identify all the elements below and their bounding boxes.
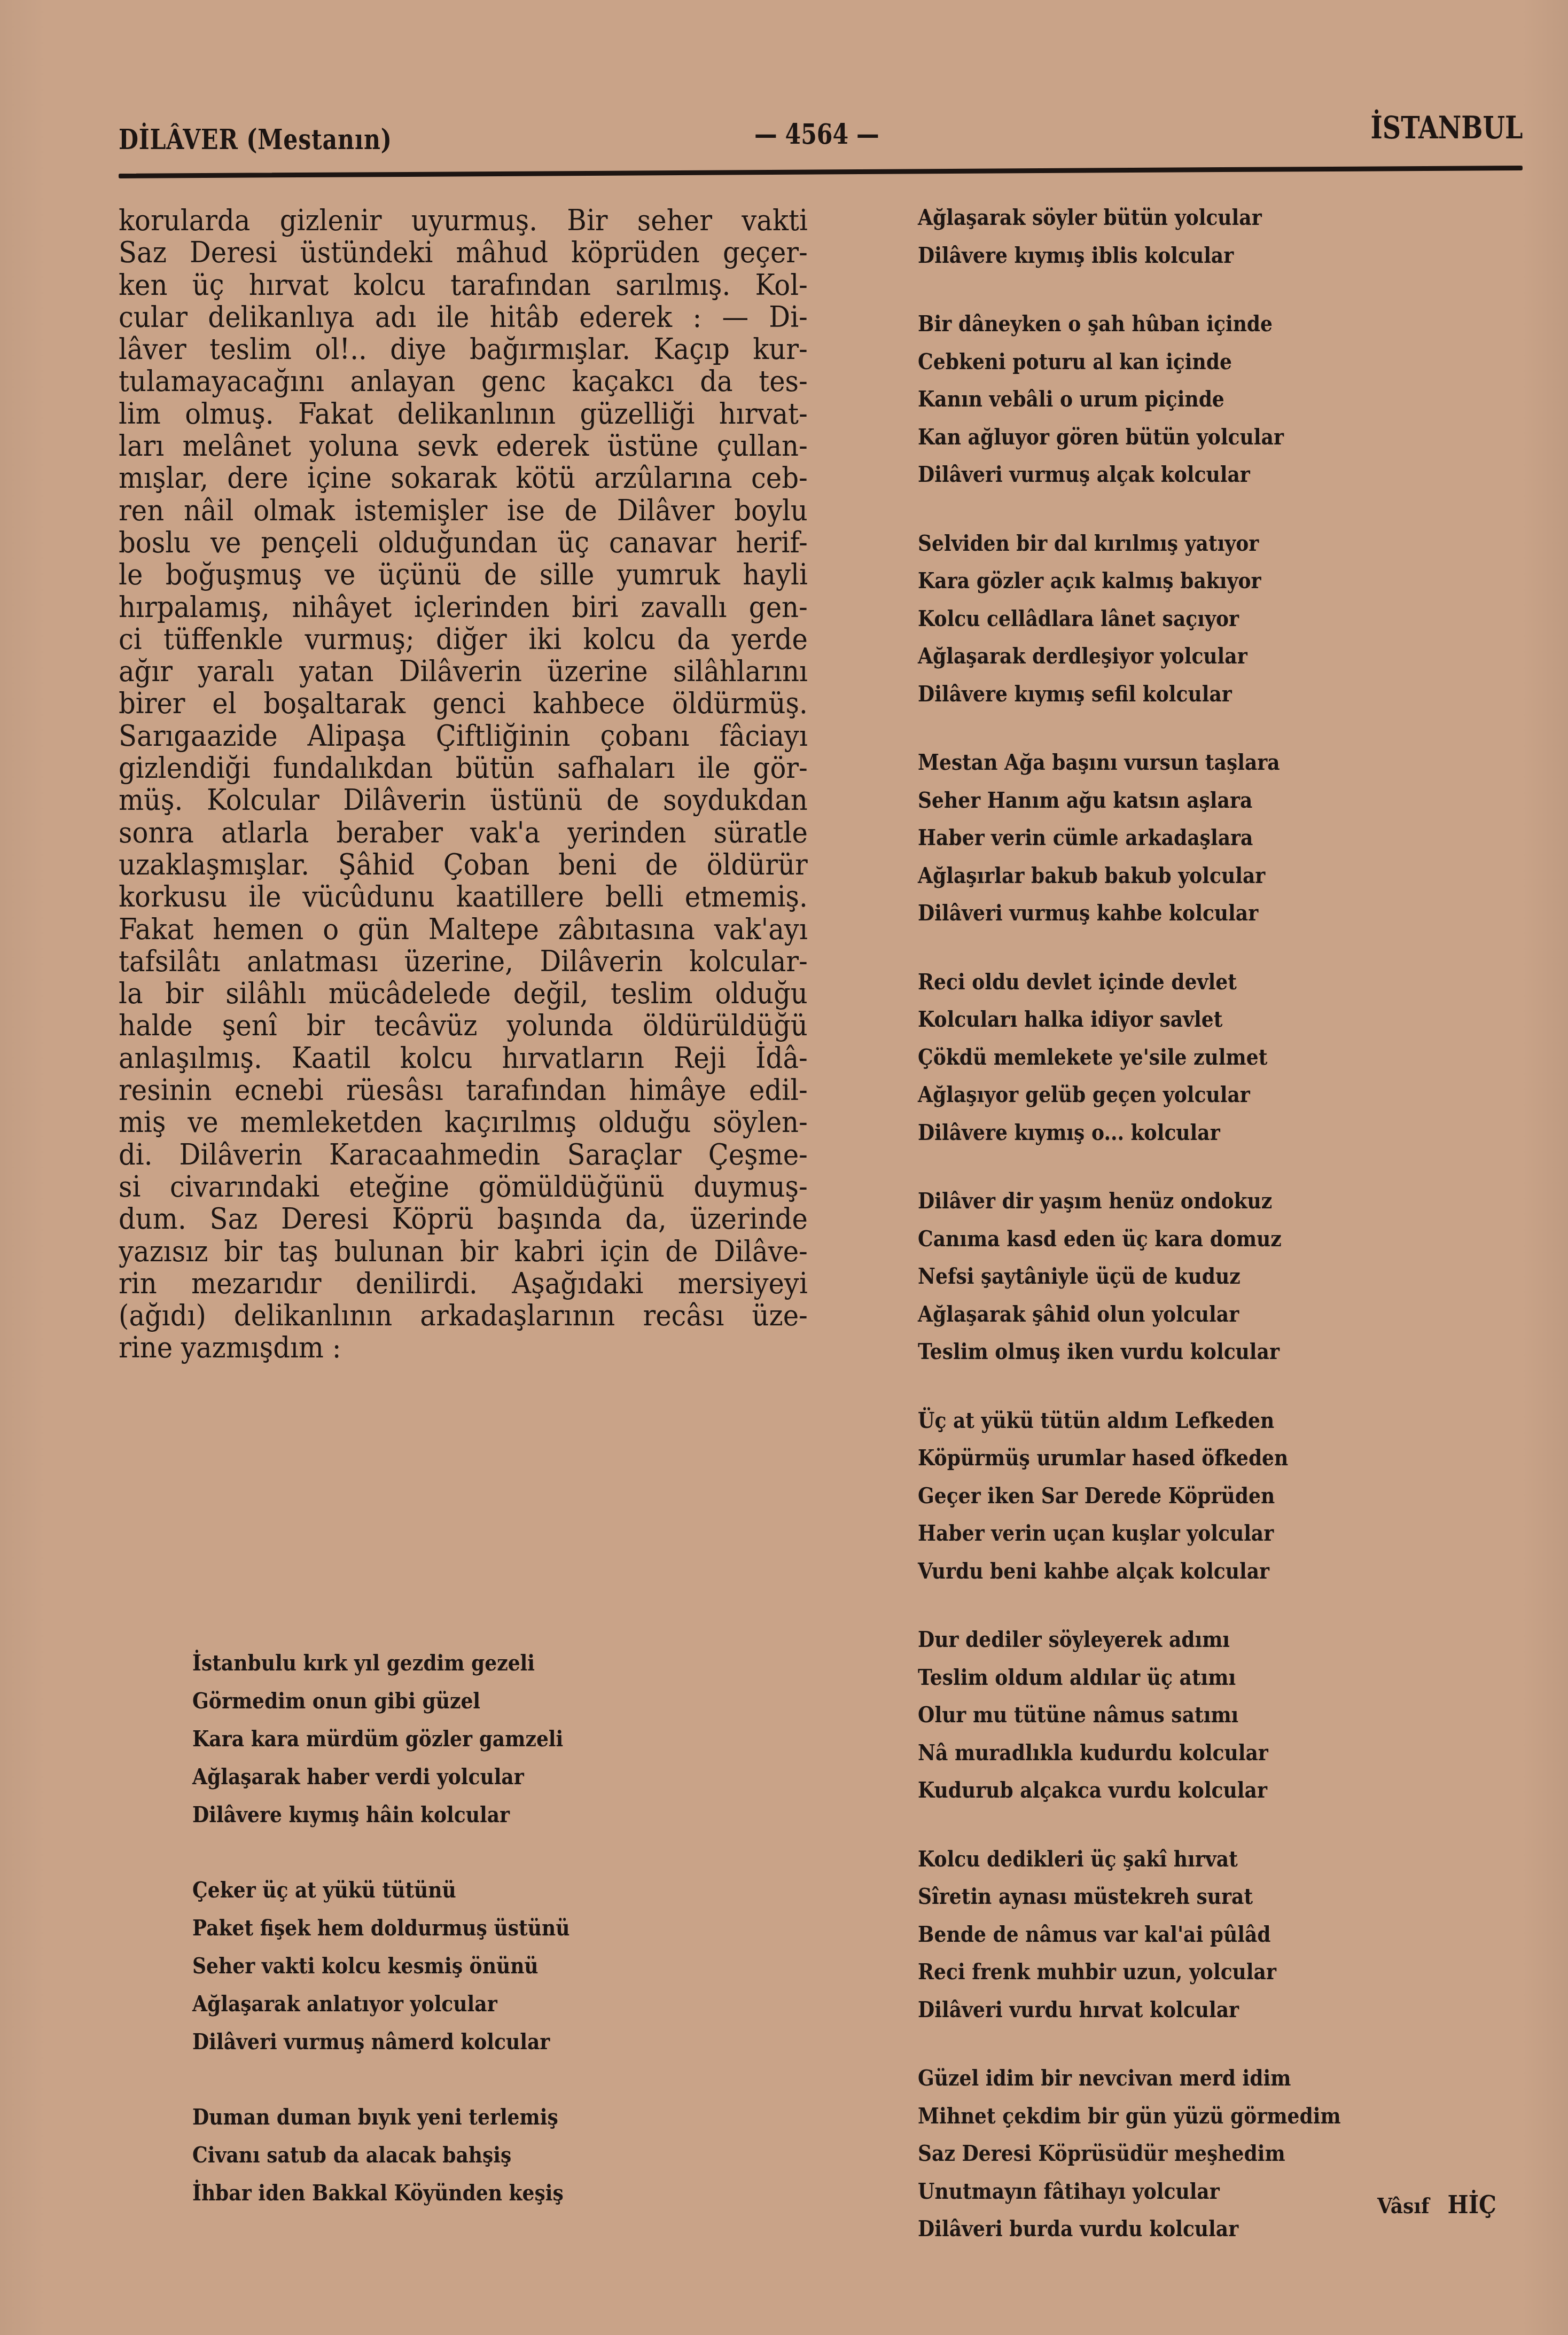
prose-line: mışlar, dere içine sokarak kötü arzûları… xyxy=(119,462,808,494)
poem-stanza: Bir dâneyken o şah hûban içindeCebkeni p… xyxy=(918,305,1399,494)
poem-line: Unutmayın fâtihayı yolcular xyxy=(918,2173,1341,2211)
prose-line: tulamayacağını anlayan genc kaçakcı da t… xyxy=(119,365,808,397)
prose-line: Saz Deresi üstündeki mâhud köprüden geçe… xyxy=(119,237,808,269)
elegy-poem-part-1: İstanbulu kırk yıl gezdim gezeliGörmedim… xyxy=(192,1644,621,2250)
poem-line: Dilâveri vurmuş nâmerd kolcular xyxy=(192,2023,570,2061)
prose-line: rin mezarıdır denilirdi. Aşağıdaki mersi… xyxy=(119,1268,808,1300)
prose-line: müş. Kolcular Dilâverin üstünü de soyduk… xyxy=(119,784,808,816)
poem-line: Ağlaşarak haber verdi yolcular xyxy=(192,1758,570,1796)
poem-stanza: Mestan Ağa başını vursun taşlaraSeher Ha… xyxy=(918,744,1399,932)
poem-line: Kolcu cellâdlara lânet saçıyor xyxy=(918,600,1341,638)
prose-line: ren nâil olmak istemişler ise de Dilâver… xyxy=(119,495,808,527)
prose-column: korularda gizlenir uyurmuş. Bir seher va… xyxy=(119,205,808,1364)
poem-stanza: Ağlaşarak söyler bütün yolcularDilâvere … xyxy=(918,199,1399,274)
poem-line: Sîretin aynası müstekreh surat xyxy=(918,1878,1341,1916)
poem-line: Dilâveri vurmuş kahbe kolcular xyxy=(918,894,1341,932)
poem-line: Bende de nâmus var kal'ai pûlâd xyxy=(918,1916,1341,1954)
poem-line: Köpürmüş urumlar hased öfkeden xyxy=(918,1439,1341,1477)
poem-line: Haber verin uçan kuşlar yolcular xyxy=(918,1514,1341,1552)
poem-line: Haber verin cümle arkadaşlara xyxy=(918,819,1341,857)
prose-line: si civarındaki eteğine gömüldüğünü duymu… xyxy=(119,1171,808,1203)
poem-stanza: Çeker üç at yükü tütünüPaket fişek hem d… xyxy=(192,1871,621,2061)
encyclopedia-title: İSTANBUL xyxy=(1370,110,1523,146)
page-header: DİLÂVER (Mestanın) — 4564 — İSTANBUL xyxy=(119,115,1523,168)
poem-line: Mihnet çekdim bir gün yüzü görmedim xyxy=(918,2097,1341,2135)
prose-line: ci tüffenkle vurmuş; diğer iki kolcu da … xyxy=(119,623,808,655)
poem-line: Çeker üç at yükü tütünü xyxy=(192,1871,570,1909)
poem-line: Görmedim onun gibi güzel xyxy=(192,1682,570,1720)
poem-stanza: İstanbulu kırk yıl gezdim gezeliGörmedim… xyxy=(192,1644,621,1834)
poem-line: Ağlaşarak anlatıyor yolcular xyxy=(192,1985,570,2023)
prose-line: cular delikanlıya adı ile hitâb ederek :… xyxy=(119,301,808,333)
prose-line: birer el boşaltarak genci kahbece öldürm… xyxy=(119,688,808,720)
poem-line: Nâ muradlıkla kudurdu kolcular xyxy=(918,1734,1341,1772)
prose-line: la bir silâhlı mücâdelede değil, teslim … xyxy=(119,978,808,1010)
poem-line: Seher vakti kolcu kesmiş önünü xyxy=(192,1947,570,1985)
poem-line: Dilâvere kıymış hâin kolcular xyxy=(192,1796,570,1834)
poem-line: Dilâveri vurdu hırvat kolcular xyxy=(918,1991,1341,2029)
prose-line: sonra atlarla beraber vak'a yerinden sür… xyxy=(119,817,808,849)
poem-line: Nefsi şaytâniyle üçü de kuduz xyxy=(918,1258,1341,1295)
poem-line: Olur mu tütüne nâmus satımı xyxy=(918,1696,1341,1734)
prose-line: Sarıgaazide Alipaşa Çiftliğinin çobanı f… xyxy=(119,720,808,752)
prose-line: rine yazmışdım : xyxy=(119,1332,808,1364)
author-last-name: HİÇ xyxy=(1448,2190,1496,2219)
prose-line: hırpalamış, nihâyet içlerinden biri zava… xyxy=(119,591,808,623)
prose-line: ağır yaralı yatan Dilâverin üzerine silâ… xyxy=(119,655,808,688)
prose-line: ken üç hırvat kolcu tarafından sarılmış.… xyxy=(119,269,808,301)
poem-line: Dilâveri burda vurdu kolcular xyxy=(918,2210,1341,2248)
poem-line: Teslim oldum aldılar üç atımı xyxy=(918,1659,1341,1697)
poem-line: Teslim olmuş iken vurdu kolcular xyxy=(918,1333,1341,1371)
poem-line: Ağlaşırlar bakub bakub yolcular xyxy=(918,857,1341,895)
poem-stanza: Güzel idim bir nevcivan merd idimMihnet … xyxy=(918,2059,1399,2248)
poem-line: Ağlaşarak söyler bütün yolcular xyxy=(918,199,1341,237)
poem-line: Ağlaşıyor gelüb geçen yolcular xyxy=(918,1076,1341,1114)
poem-line: Canıma kasd eden üç kara domuz xyxy=(918,1220,1341,1258)
poem-line: Üç at yükü tütün aldım Lefkeden xyxy=(918,1402,1341,1440)
prose-line: uzaklaşmışlar. Şâhid Çoban beni de öldür… xyxy=(119,849,808,881)
poem-line: Mestan Ağa başını vursun taşlara xyxy=(918,744,1341,782)
page-number: — 4564 — xyxy=(754,118,879,151)
poem-stanza: Üç at yükü tütün aldım LefkedenKöpürmüş … xyxy=(918,1402,1399,1590)
prose-line: gizlendiği fundalıkdan bütün safhaları i… xyxy=(119,752,808,784)
poem-line: Duman duman bıyık yeni terlemiş xyxy=(192,2098,570,2136)
author-first-name: Vâsıf xyxy=(1377,2193,1429,2219)
prose-line: di. Dilâverin Karacaahmedin Saraçlar Çeş… xyxy=(119,1139,808,1171)
prose-line: anlaşılmış. Kaatil kolcu hırvatların Rej… xyxy=(119,1042,808,1074)
poem-line: Geçer iken Sar Derede Köprüden xyxy=(918,1477,1341,1515)
poem-line: Kara kara mürdüm gözler gamzeli xyxy=(192,1720,570,1758)
prose-line: lim olmuş. Fakat delikanlının güzelliği … xyxy=(119,398,808,430)
poem-stanza: Reci oldu devlet içinde devletKolcuları … xyxy=(918,963,1399,1152)
poem-line: Civanı satub da alacak bahşiş xyxy=(192,2136,570,2174)
poem-line: Dilâvere kıymış o... kolcular xyxy=(918,1114,1341,1152)
poem-line: Kolcuları halka idiyor savlet xyxy=(918,1001,1341,1038)
prose-line: resinin ecnebi rüesâsı tarafından himâye… xyxy=(119,1074,808,1106)
poem-line: Dilâver dir yaşım henüz ondokuz xyxy=(918,1182,1341,1220)
poem-line: Dilâvere kıymış sefil kolcular xyxy=(918,675,1341,713)
prose-line: tafsilâtı anlatması üzerine, Dilâverin k… xyxy=(119,946,808,978)
prose-line: ları melânet yoluna sevk ederek üstüne ç… xyxy=(119,430,808,462)
poem-line: Cebkeni poturu al kan içinde xyxy=(918,343,1341,381)
prose-line: korkusu ile vücûdunu kaatillere belli et… xyxy=(119,881,808,913)
poem-line: Kolcu dedikleri üç şakî hırvat xyxy=(918,1840,1341,1878)
prose-line: boslu ve pençeli olduğundan üç canavar h… xyxy=(119,527,808,559)
poem-line: Kan ağluyor gören bütün yolcular xyxy=(918,418,1341,456)
poem-line: Kudurub alçakca vurdu kolcular xyxy=(918,1771,1341,1809)
poem-line: Dilâvere kıymış iblis kolcular xyxy=(918,237,1341,275)
prose-line: le boğuşmuş ve üçünü de sille yumruk hay… xyxy=(119,559,808,591)
poem-line: Dilâveri vurmuş alçak kolcular xyxy=(918,456,1341,494)
poem-stanza: Kolcu dedikleri üç şakî hırvatSîretin ay… xyxy=(918,1840,1399,2029)
prose-line: lâver teslim ol!.. diye bağırmışlar. Kaç… xyxy=(119,333,808,365)
author-signature: VâsıfHİÇ xyxy=(1377,2190,1496,2219)
poem-stanza: Dur dediler söyleyerek adımıTeslim oldum… xyxy=(918,1621,1399,1809)
poem-line: İstanbulu kırk yıl gezdim gezeli xyxy=(192,1644,570,1682)
prose-line: Fakat hemen o gün Maltepe zâbıtasına vak… xyxy=(119,913,808,946)
prose-line: (ağıdı) delikanlının arkadaşlarının recâ… xyxy=(119,1300,808,1332)
poem-stanza: Selviden bir dal kırılmış yatıyorKara gö… xyxy=(918,525,1399,713)
poem-line: Selviden bir dal kırılmış yatıyor xyxy=(918,525,1341,563)
prose-line: yazısız bir taş bulunan bir kabri için d… xyxy=(119,1236,808,1268)
prose-line: korularda gizlenir uyurmuş. Bir seher va… xyxy=(119,205,808,237)
poem-line: Paket fişek hem doldurmuş üstünü xyxy=(192,1909,570,1947)
elegy-poem-part-2: Ağlaşarak söyler bütün yolcularDilâvere … xyxy=(918,199,1399,2279)
poem-line: İhbar iden Bakkal Köyünden keşiş xyxy=(192,2174,570,2212)
prose-line: dum. Saz Deresi Köprü başında da, üzerin… xyxy=(119,1203,808,1235)
poem-line: Kanın vebâli o urum piçinde xyxy=(918,380,1341,418)
poem-line: Ağlaşarak şâhid olun yolcular xyxy=(918,1295,1341,1333)
poem-line: Reci oldu devlet içinde devlet xyxy=(918,963,1341,1001)
prose-line: halde şenî bir tecâvüz yolunda öldürüldü… xyxy=(119,1010,808,1042)
entry-title: DİLÂVER (Mestanın) xyxy=(119,123,392,156)
poem-line: Dur dediler söyleyerek adımı xyxy=(918,1621,1341,1659)
poem-stanza: Duman duman bıyık yeni terlemişCivanı sa… xyxy=(192,2098,621,2212)
poem-line: Güzel idim bir nevcivan merd idim xyxy=(918,2059,1341,2097)
poem-line: Bir dâneyken o şah hûban içinde xyxy=(918,305,1341,343)
poem-line: Saz Deresi Köprüsüdür meşhedim xyxy=(918,2135,1341,2173)
poem-stanza: Dilâver dir yaşım henüz ondokuzCanıma ka… xyxy=(918,1182,1399,1371)
poem-line: Seher Hanım ağu katsın aşlara xyxy=(918,782,1341,819)
poem-line: Çökdü memlekete ye'sile zulmet xyxy=(918,1038,1341,1076)
poem-line: Reci frenk muhbir uzun, yolcular xyxy=(918,1953,1341,1991)
poem-line: Kara gözler açık kalmış bakıyor xyxy=(918,562,1341,600)
prose-line: miş ve memleketden kaçırılmış olduğu söy… xyxy=(119,1106,808,1138)
poem-line: Vurdu beni kahbe alçak kolcular xyxy=(918,1552,1341,1590)
poem-line: Ağlaşarak derdleşiyor yolcular xyxy=(918,637,1341,675)
